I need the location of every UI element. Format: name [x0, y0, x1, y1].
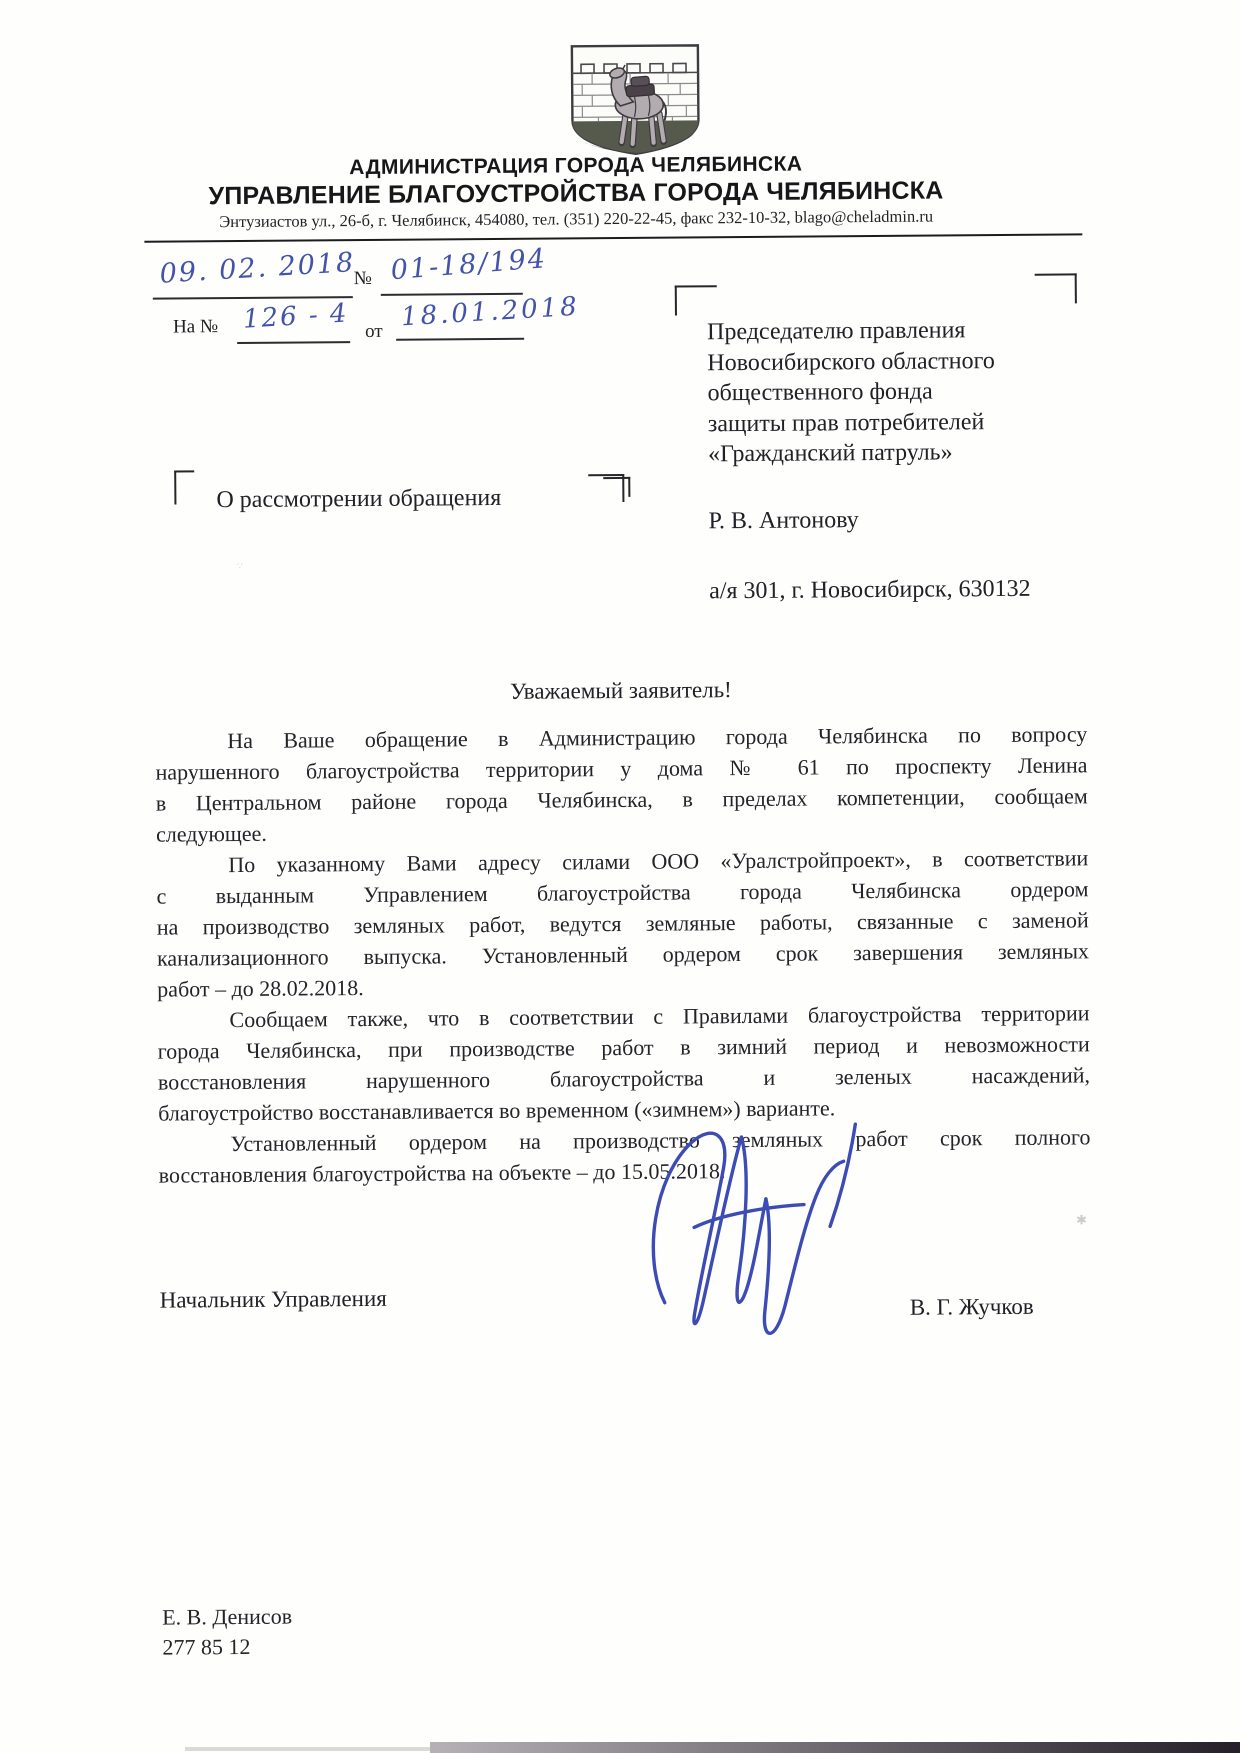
recipient-line: Новосибирского областного: [707, 346, 995, 379]
letterhead-divider: [144, 233, 1082, 242]
corner-mark: [675, 285, 717, 315]
recipient-line: Председателю правления: [707, 315, 995, 348]
reply-number-underline: [237, 341, 350, 344]
recipient-line: «Гражданский патруль»: [708, 437, 996, 470]
recipient-name: Р. В. Антонову: [708, 505, 858, 537]
number-sign: №: [354, 268, 372, 290]
reply-number-handwritten: 126 - 4: [242, 298, 349, 334]
signer-position: Начальник Управления: [160, 1286, 387, 1314]
reply-prefix: На №: [173, 316, 218, 338]
recipient-line: защиты прав потребителей: [708, 407, 996, 440]
scan-edge-artifact: [185, 1747, 430, 1751]
executor-name: Е. В. Денисов: [162, 1604, 292, 1631]
signature-ink: [633, 1106, 875, 1358]
corner-mark: [174, 470, 194, 504]
coat-of-arms-emblem: [568, 41, 703, 158]
salutation: Уважаемый заявитель!: [155, 674, 1087, 707]
corner-mark: [588, 474, 624, 502]
recipient-line: общественного фонда: [707, 376, 995, 409]
outgoing-number-handwritten: 01-18/194: [390, 243, 548, 286]
reply-from-label: от: [365, 321, 383, 343]
body-line: восстановления благоустройства на объект…: [159, 1152, 1091, 1190]
letter-sheet: АДМИНИСТРАЦИЯ ГОРОДА ЧЕЛЯБИНСКА УПРАВЛЕН…: [0, 0, 1240, 1753]
letter-body: На Ваше обращение в Администрацию города…: [155, 718, 1091, 1190]
recipient-block: Председателю правления Новосибирского об…: [707, 315, 996, 470]
outgoing-date-handwritten: 09. 02. 2018: [159, 247, 356, 290]
executor-phone: 277 85 12: [162, 1634, 250, 1661]
signer-name: В. Г. Жучков: [910, 1294, 1034, 1321]
corner-mark: [1035, 273, 1077, 303]
reply-date-handwritten: 18.01.2018: [400, 292, 580, 333]
scanned-letter-page: АДМИНИСТРАЦИЯ ГОРОДА ЧЕЛЯБИНСКА УПРАВЛЕН…: [0, 0, 1240, 1753]
reply-date-underline: [396, 338, 524, 341]
subject-line: О рассмотрении обращения: [216, 485, 501, 514]
recipient-postal-address: а/я 301, г. Новосибирск, 630132: [709, 574, 1031, 607]
scan-edge-artifact: [430, 1742, 1240, 1753]
scan-artifact: ✱: [1076, 1212, 1087, 1228]
scan-artifact: ∵: [237, 561, 243, 572]
